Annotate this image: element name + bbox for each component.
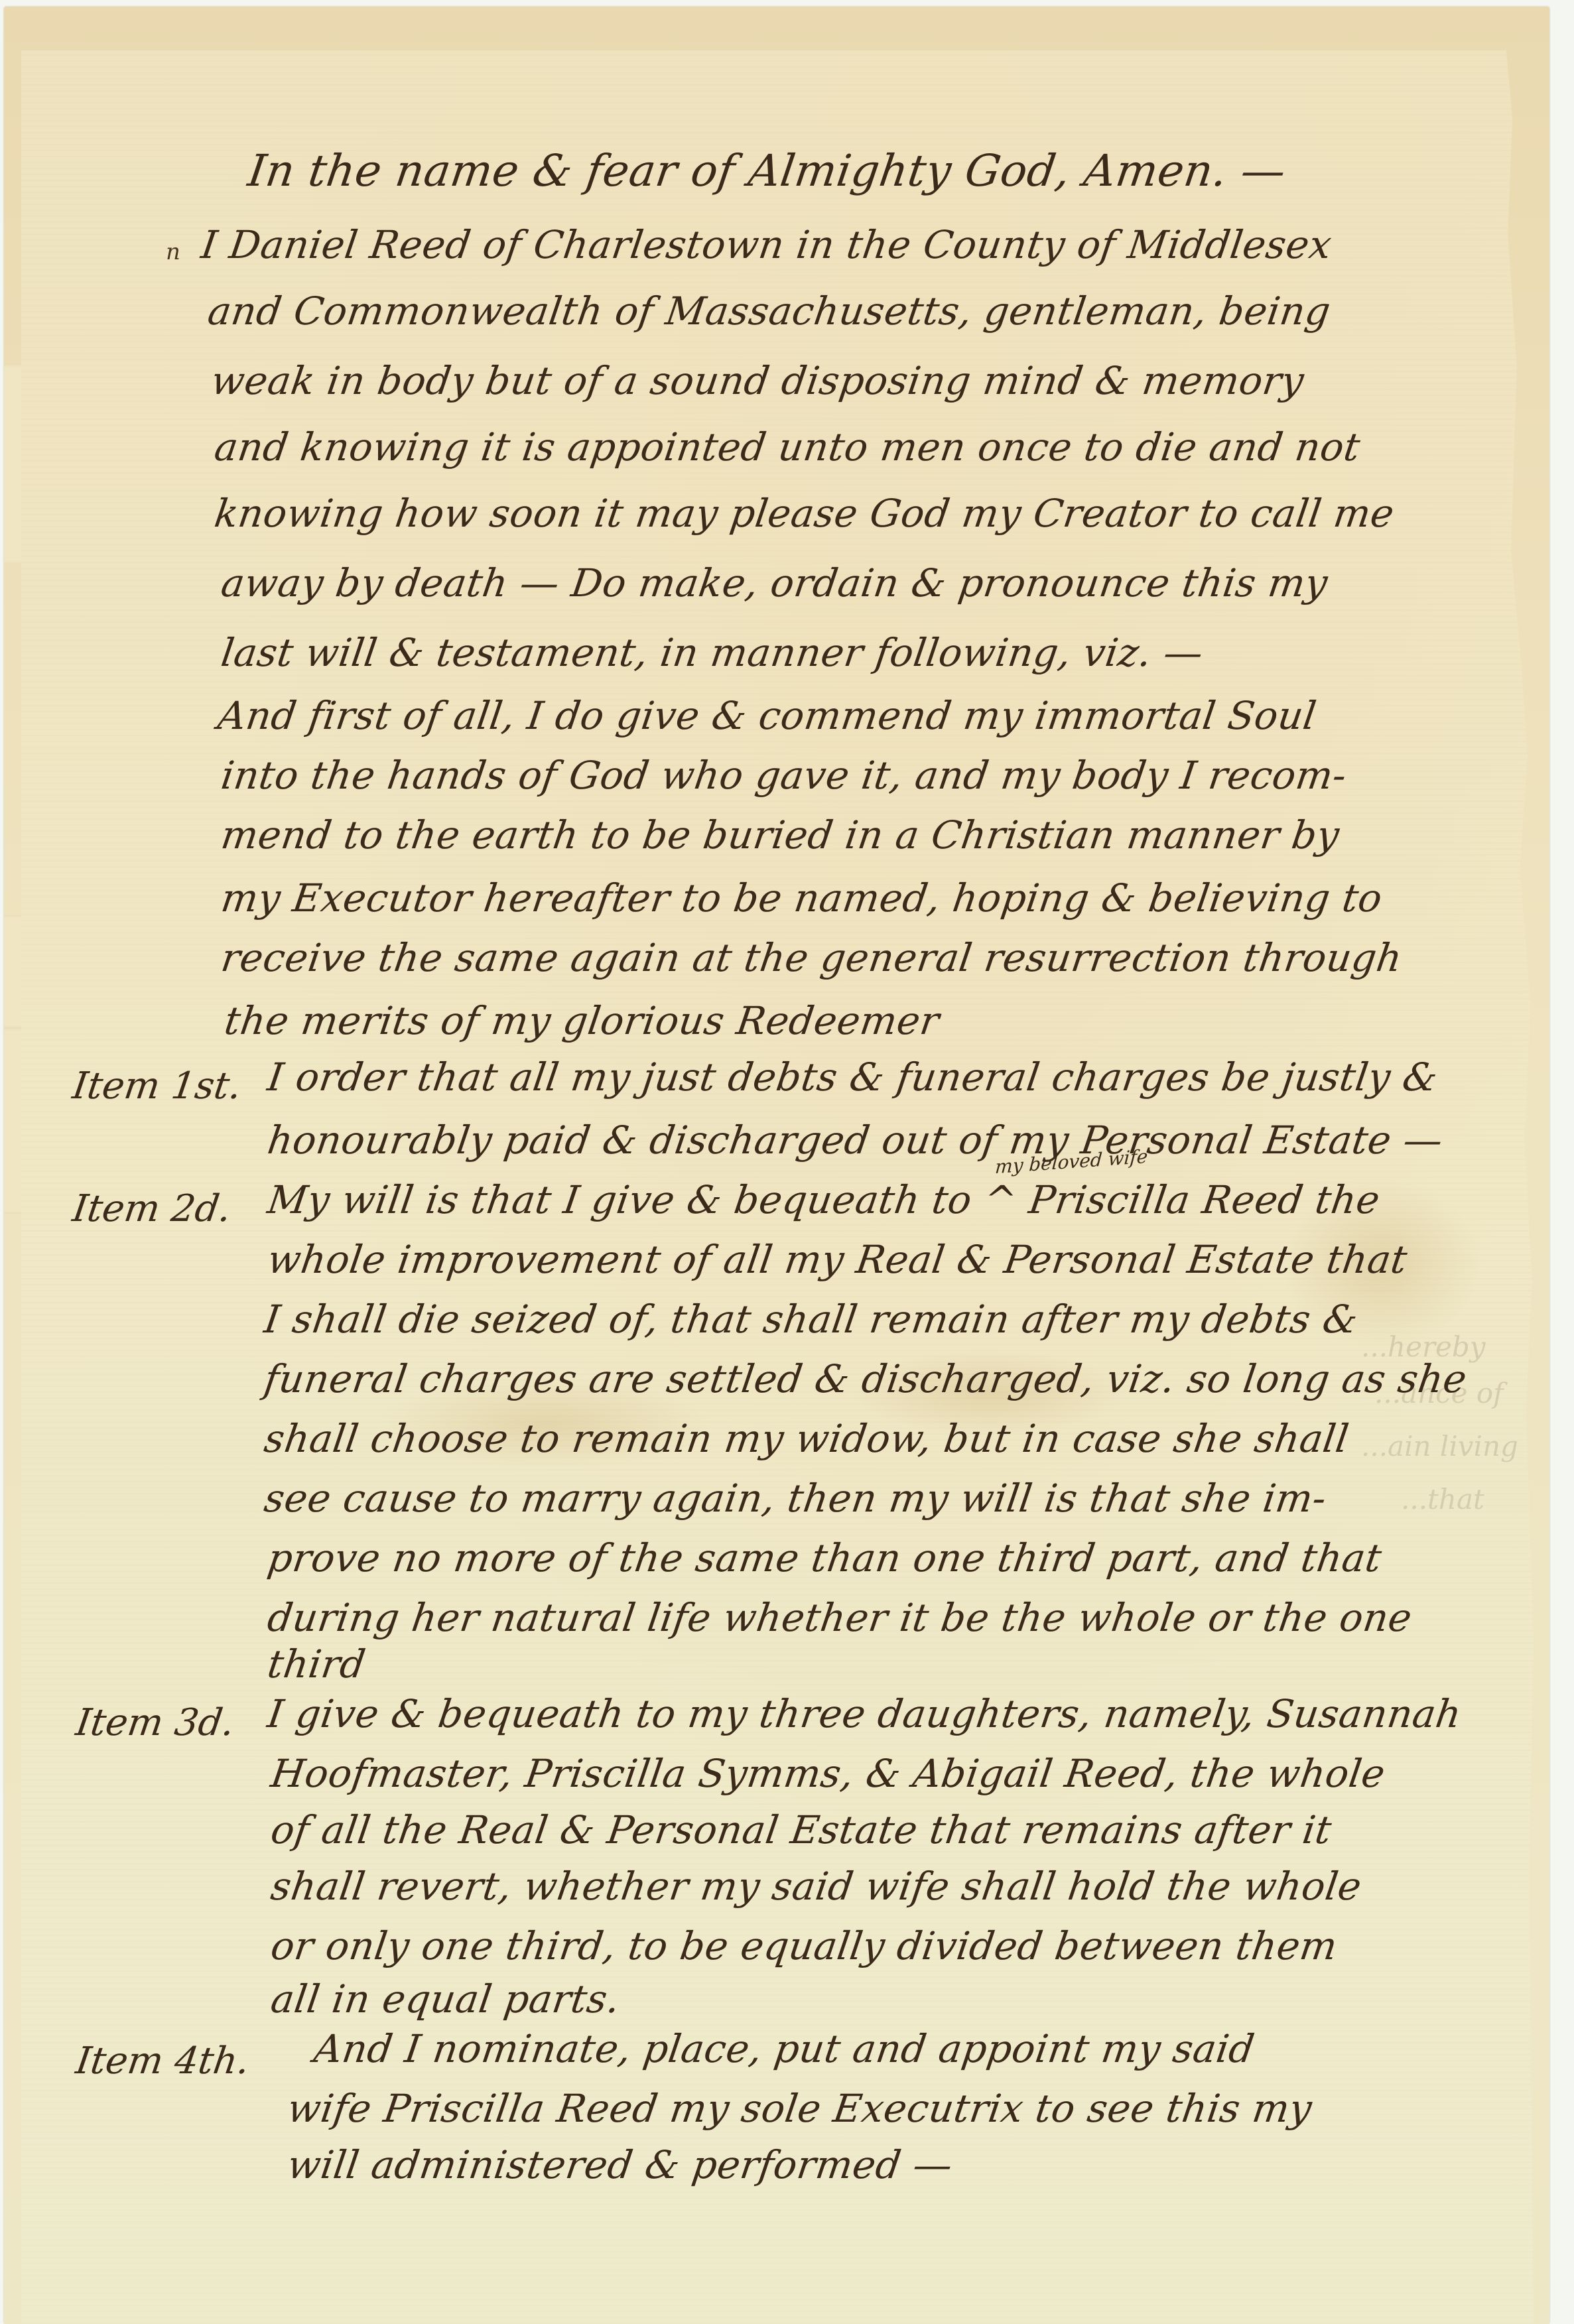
item-2-label: Item 2d. <box>70 1187 233 1230</box>
item-4-label: Item 4th. <box>73 2039 252 2083</box>
item-2-line: funeral charges are settled & discharged… <box>262 1360 1469 1398</box>
preamble-line: my Executor hereafter to be named, hopin… <box>219 879 1385 917</box>
preamble-line: mend to the earth to be buried in a Chri… <box>219 816 1342 854</box>
item-4-line: wife Priscilla Reed my sole Executrix to… <box>285 2089 1315 2128</box>
preamble-line: And first of all, I do give & commend my… <box>216 696 1319 735</box>
item-3-line: I give & bequeath to my three daughters,… <box>265 1695 1464 1733</box>
preamble-line: knowing how soon it may please God my Cr… <box>212 494 1397 533</box>
item-2-line: shall choose to remain my widow, but in … <box>262 1419 1351 1458</box>
preamble-line: the merits of my glorious Redeemer <box>222 1001 942 1040</box>
item-2-line: prove no more of the same than one third… <box>265 1539 1384 1577</box>
item-2-line: third <box>265 1645 368 1683</box>
preamble-line: away by death — Do make, ordain & pronou… <box>219 564 1330 602</box>
item-3-line: of all the Real & Personal Estate that r… <box>269 1811 1334 1849</box>
preamble-line: In the name & fear of Almighty God, Amen… <box>245 149 1289 193</box>
item-3-line: all in equal parts. <box>269 1980 622 2018</box>
item-3-line: or only one third, to be equally divided… <box>269 1927 1340 1965</box>
item-2-line: I shall die seized of, that shall remain… <box>262 1300 1360 1338</box>
item-4-line: And I nominate, place, put and appoint m… <box>312 2030 1257 2068</box>
preamble-line: receive the same again at the general re… <box>219 938 1405 977</box>
item-2-line: whole improvement of all my Real & Perso… <box>265 1240 1410 1279</box>
bleed-through-text: ...that <box>1401 1483 1484 1516</box>
margin-mark: n <box>166 239 180 265</box>
preamble-line: last will & testament, in manner followi… <box>219 633 1206 672</box>
preamble-line: I Daniel Reed of Charlestown in the Coun… <box>199 226 1334 264</box>
preamble-line: into the hands of God who gave it, and m… <box>219 756 1349 795</box>
item-3-label: Item 3d. <box>73 1701 237 1744</box>
item-1-line: I order that all my just debts & funeral… <box>265 1058 1440 1096</box>
preamble-line: weak in body but of a sound disposing mi… <box>209 361 1307 400</box>
item-1-label: Item 1st. <box>70 1065 243 1108</box>
item-2-line: see cause to marry again, then my will i… <box>262 1479 1329 1517</box>
bleed-through-text: ...ain living <box>1361 1430 1518 1462</box>
item-1-line: honourably paid & discharged out of my P… <box>265 1121 1445 1159</box>
preamble-line: and knowing it is appointed unto men onc… <box>212 428 1362 466</box>
preamble-line: and Commonwealth of Massachusetts, gentl… <box>206 292 1333 330</box>
item-2-line: during her natural life whether it be th… <box>265 1598 1414 1637</box>
item-2-line: My will is that I give & bequeath to ^ P… <box>265 1181 1382 1219</box>
item-3-line: shall revert, whether my said wife shall… <box>269 1867 1364 1905</box>
item-3-line: Hoofmaster, Priscilla Symms, & Abigail R… <box>269 1754 1388 1793</box>
item-4-line: will administered & performed — <box>285 2146 955 2184</box>
